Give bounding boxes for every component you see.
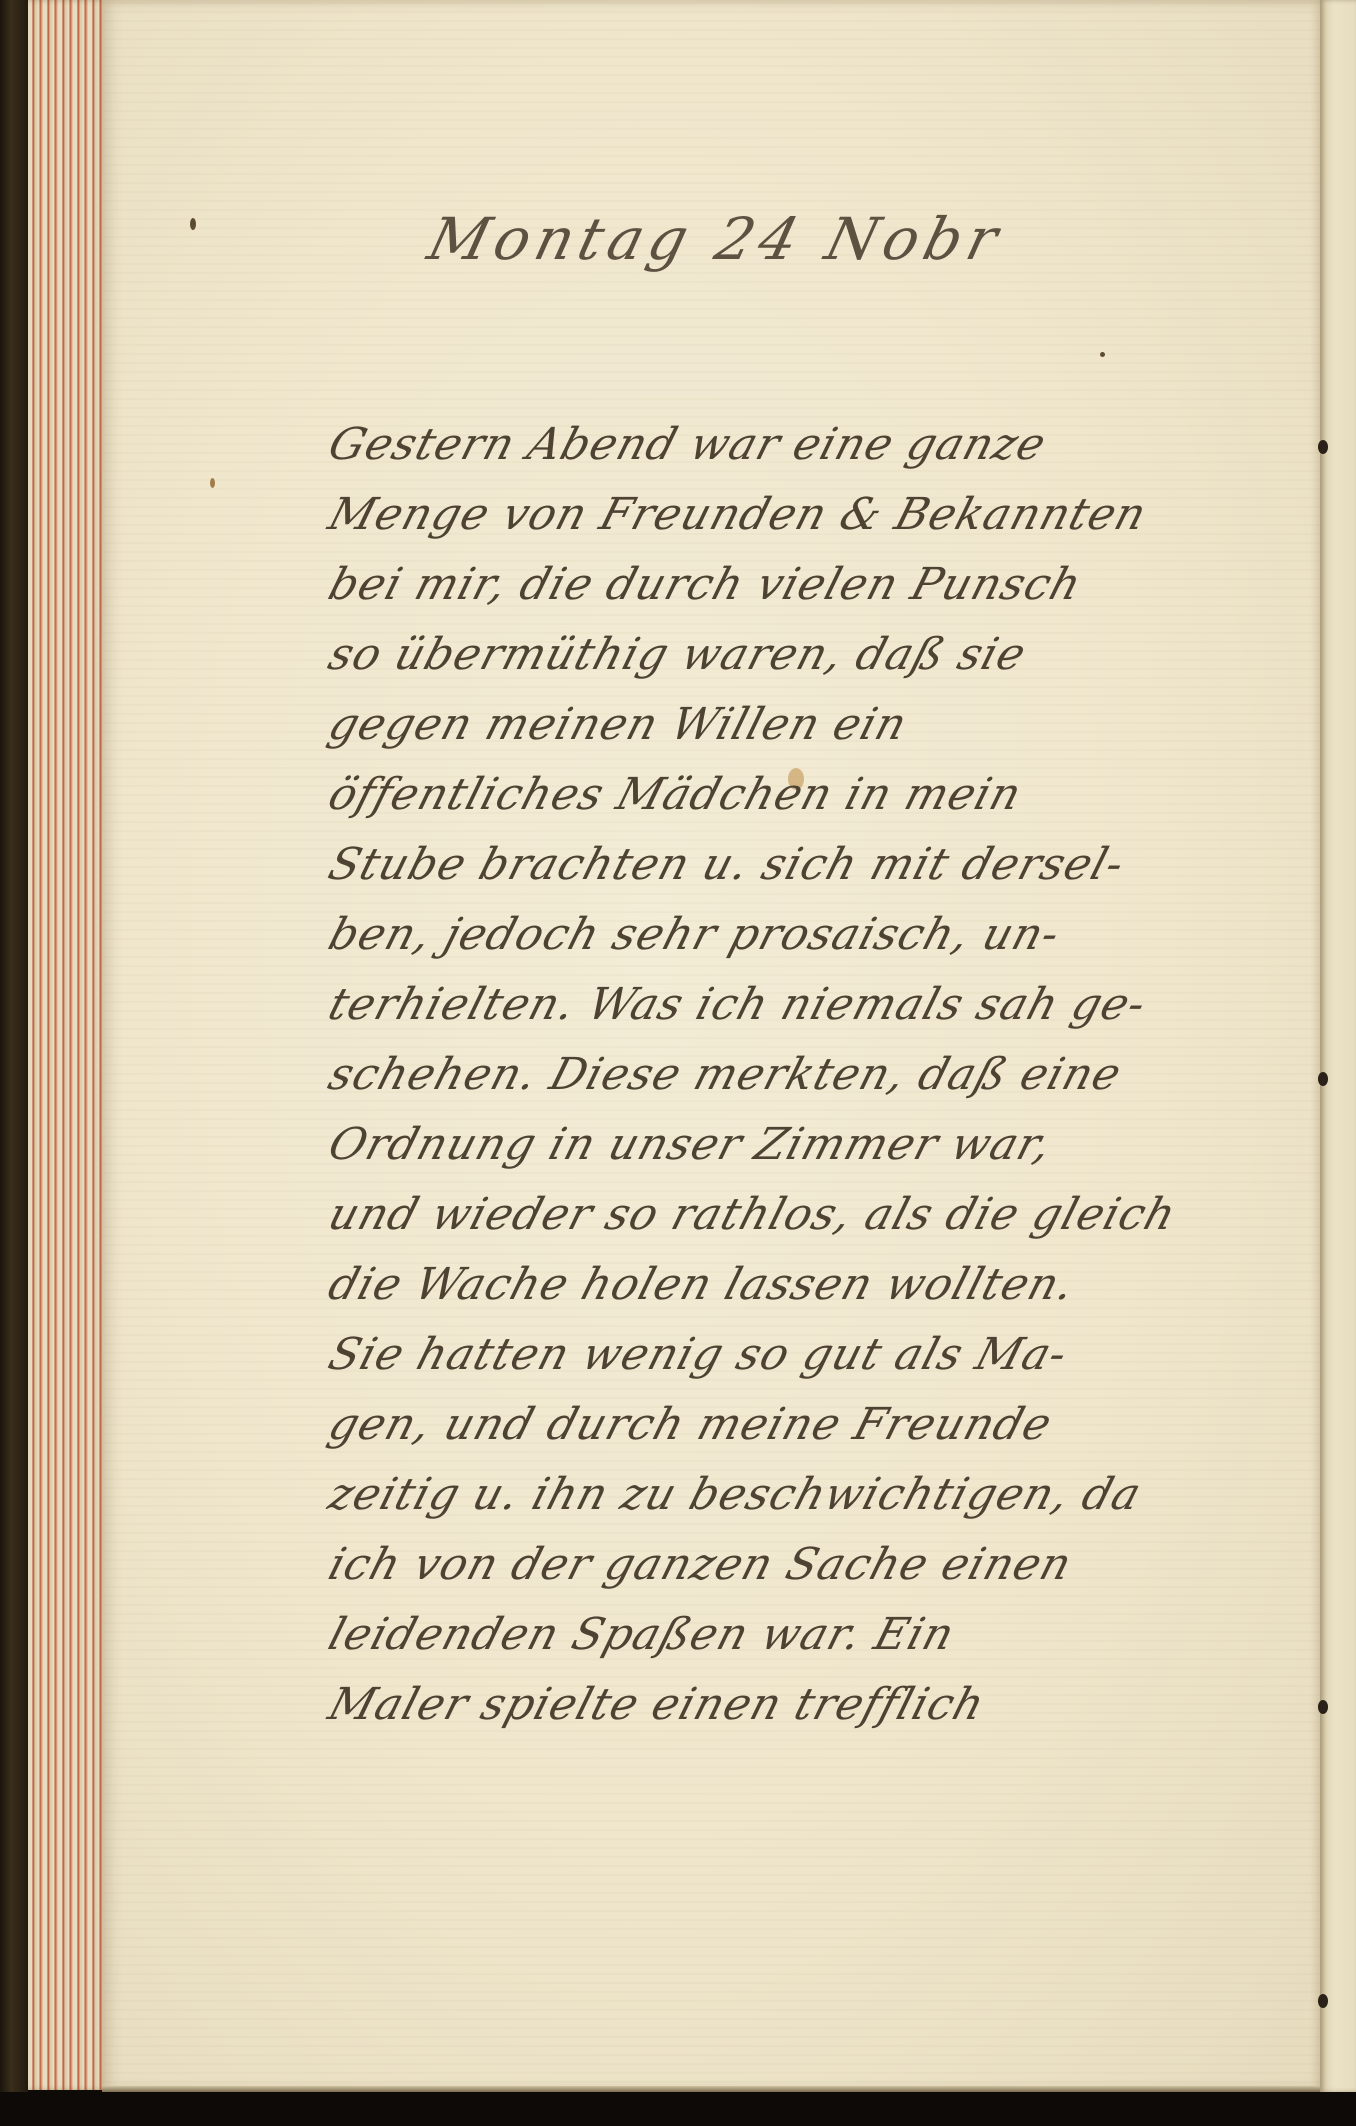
manuscript-line: schehen. Diese merkten, daß eine xyxy=(320,1040,1220,1110)
manuscript-line: Gestern Abend war eine ganze xyxy=(320,410,1220,480)
manuscript-line: Maler spielte einen trefflich xyxy=(320,1670,1220,1740)
manuscript-line: leidenden Spaßen war. Ein xyxy=(320,1600,1220,1670)
manuscript-line: Stube brachten u. sich mit dersel- xyxy=(320,830,1220,900)
manuscript-line: gen, und durch meine Freunde xyxy=(320,1390,1220,1460)
manuscript-line: öffentliches Mädchen in mein xyxy=(320,760,1220,830)
sewing-hole xyxy=(1318,1700,1328,1714)
entry-body: Gestern Abend war eine ganze Menge von F… xyxy=(330,410,1210,1740)
manuscript-line: ben, jedoch sehr prosaisch, un- xyxy=(320,900,1220,970)
manuscript-line: so übermüthig waren, daß sie xyxy=(320,620,1220,690)
manuscript-line: Ordnung in unser Zimmer war, xyxy=(320,1110,1220,1180)
manuscript-line: ich von der ganzen Sache einen xyxy=(320,1530,1220,1600)
manuscript-line: und wieder so rathlos, als die gleich xyxy=(320,1180,1220,1250)
paper-stain xyxy=(210,478,215,488)
sewing-hole xyxy=(1318,1994,1328,2008)
manuscript-line: Sie hatten wenig so gut als Ma- xyxy=(320,1320,1220,1390)
sewing-hole xyxy=(1318,1072,1328,1086)
binding-bottom xyxy=(0,2092,1356,2126)
manuscript-line: zeitig u. ihn zu beschwichtigen, da xyxy=(320,1460,1220,1530)
manuscript-line: terhielten. Was ich niemals sah ge- xyxy=(320,970,1220,1040)
facing-page-edge xyxy=(1320,0,1356,2092)
ink-spot xyxy=(190,218,196,230)
ink-spot xyxy=(1100,352,1105,357)
manuscript-line: die Wache holen lassen wollten. xyxy=(320,1250,1220,1320)
page-edges-red xyxy=(28,0,108,2090)
manuscript-line: gegen meinen Willen ein xyxy=(320,690,1220,760)
manuscript-line: bei mir, die durch vielen Punsch xyxy=(320,550,1220,620)
sewing-hole xyxy=(1318,440,1328,454)
entry-date-heading: Montag 24 Nobr xyxy=(422,205,1011,273)
manuscript-line: Menge von Freunden & Bekannten xyxy=(320,480,1220,550)
book-spine xyxy=(0,0,28,2126)
